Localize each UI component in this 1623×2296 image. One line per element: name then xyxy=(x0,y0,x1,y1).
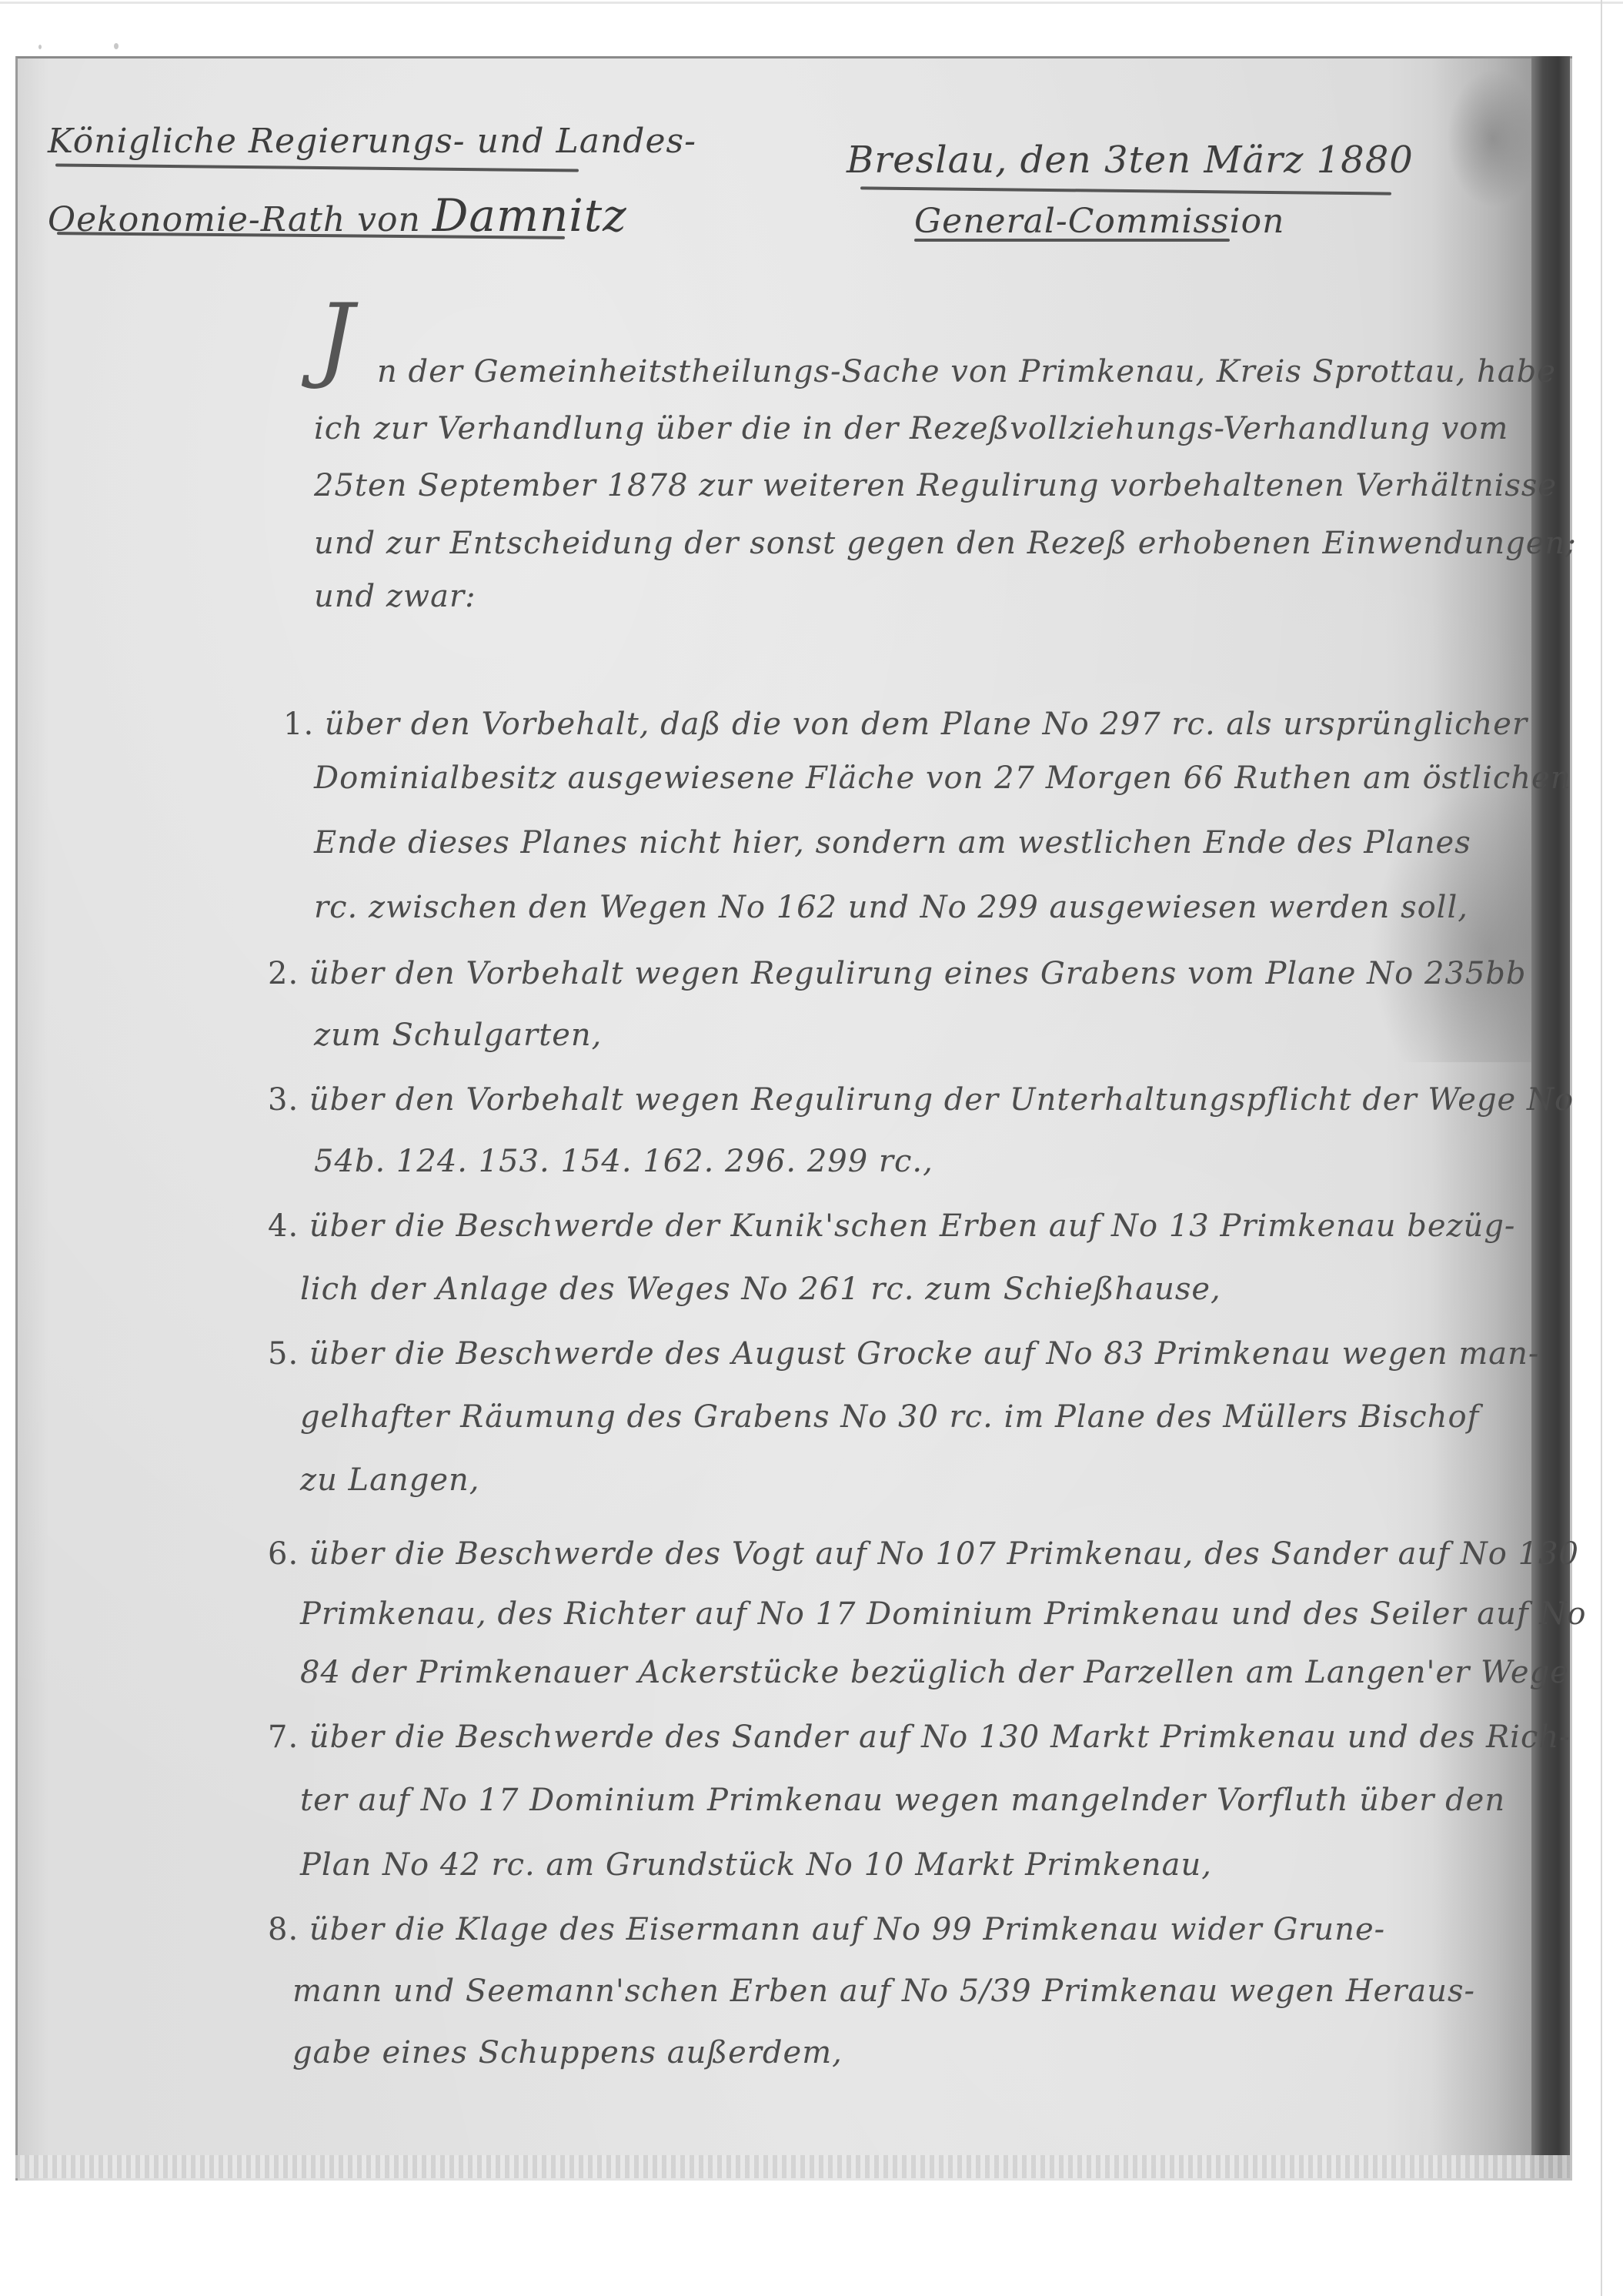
sender-title-line1: Königliche Regierungs- und Landes- xyxy=(48,122,696,161)
list-item-8-line: gabe eines Schuppens außerdem, xyxy=(292,2035,843,2070)
list-item-6-line: Primkenau, des Richter auf No 17 Dominiu… xyxy=(300,1596,1587,1632)
list-item-8-line: 8. über die Klage des Eisermann auf No 9… xyxy=(268,1912,1385,1947)
intro-line: n der Gemeinheitstheilungs-Sache von Pri… xyxy=(377,354,1556,389)
list-item-number: 1. xyxy=(283,707,314,742)
list-item-1-line: 1. über den Vorbehalt, daß die von dem P… xyxy=(283,707,1528,742)
list-item-7-line: Plan No 42 rc. am Grundstück No 10 Markt… xyxy=(300,1847,1212,1883)
list-item-1-line: Ende dieses Planes nicht hier, sondern a… xyxy=(314,825,1471,861)
intro-line: 25ten September 1878 zur weiteren Reguli… xyxy=(314,468,1557,503)
place-date: Breslau, den 3ten März 1880 xyxy=(847,139,1414,182)
corner-smudge xyxy=(1447,69,1539,208)
intro-line: und zur Entscheidung der sonst gegen den… xyxy=(314,526,1577,561)
list-item-1-line: rc. zwischen den Wegen No 162 und No 299… xyxy=(314,890,1468,925)
list-item-3-line: 54b. 124. 153. 154. 162. 296. 299 rc., xyxy=(314,1144,933,1179)
list-item-3-line: 3. über den Vorbehalt wegen Regulirung d… xyxy=(268,1082,1574,1118)
list-item-5-line: 5. über die Beschwerde des August Grocke… xyxy=(268,1336,1539,1372)
list-item-7-line: ter auf No 17 Dominium Primkenau wegen m… xyxy=(300,1783,1505,1818)
scan-speck xyxy=(114,43,119,49)
list-item-number: 7. xyxy=(268,1719,299,1755)
list-item-2-line: zum Schulgarten, xyxy=(314,1018,602,1053)
list-item-6-line: 84 der Primkenauer Ackerstücke bezüglich… xyxy=(300,1655,1569,1690)
list-item-7-line: 7. über die Beschwerde des Sander auf No… xyxy=(268,1719,1571,1755)
intro-line: und zwar: xyxy=(314,579,476,614)
list-item-number: 4. xyxy=(268,1208,299,1244)
list-item-number: 3. xyxy=(268,1082,299,1118)
list-item-number: 8. xyxy=(268,1912,299,1947)
scanner-edge-line xyxy=(1601,0,1602,2296)
intro-line: ich zur Verhandlung über die in der Reze… xyxy=(314,411,1508,446)
list-item-2-line: 2. über den Vorbehalt wegen Regulirung e… xyxy=(268,956,1527,991)
office-name: General-Commission xyxy=(914,202,1285,241)
list-item-number: 2. xyxy=(268,956,299,991)
list-item-4-line: 4. über die Beschwerde der Kunik'schen E… xyxy=(268,1208,1515,1244)
list-item-number: 6. xyxy=(268,1536,299,1572)
list-item-5-line: gelhafter Räumung des Grabens No 30 rc. … xyxy=(300,1399,1479,1435)
list-item-4-line: lich der Anlage des Weges No 261 rc. zum… xyxy=(300,1272,1221,1307)
scan-speck xyxy=(38,45,42,49)
list-item-number: 5. xyxy=(268,1336,299,1372)
office-underline xyxy=(914,239,1230,242)
list-item-1-line: Dominialbesitz ausgewiesene Fläche von 2… xyxy=(314,760,1571,796)
list-item-5-line: zu Langen, xyxy=(300,1462,479,1498)
list-item-8-line: mann und Seemann'schen Erben auf No 5/39… xyxy=(292,1973,1475,2009)
scan-top-edge xyxy=(0,2,1623,4)
page-bottom-edge xyxy=(15,2155,1570,2178)
list-item-6-line: 6. über die Beschwerde des Vogt auf No 1… xyxy=(268,1536,1579,1572)
initial-letter: J xyxy=(317,285,355,392)
sender-name: Damnitz xyxy=(432,189,627,242)
